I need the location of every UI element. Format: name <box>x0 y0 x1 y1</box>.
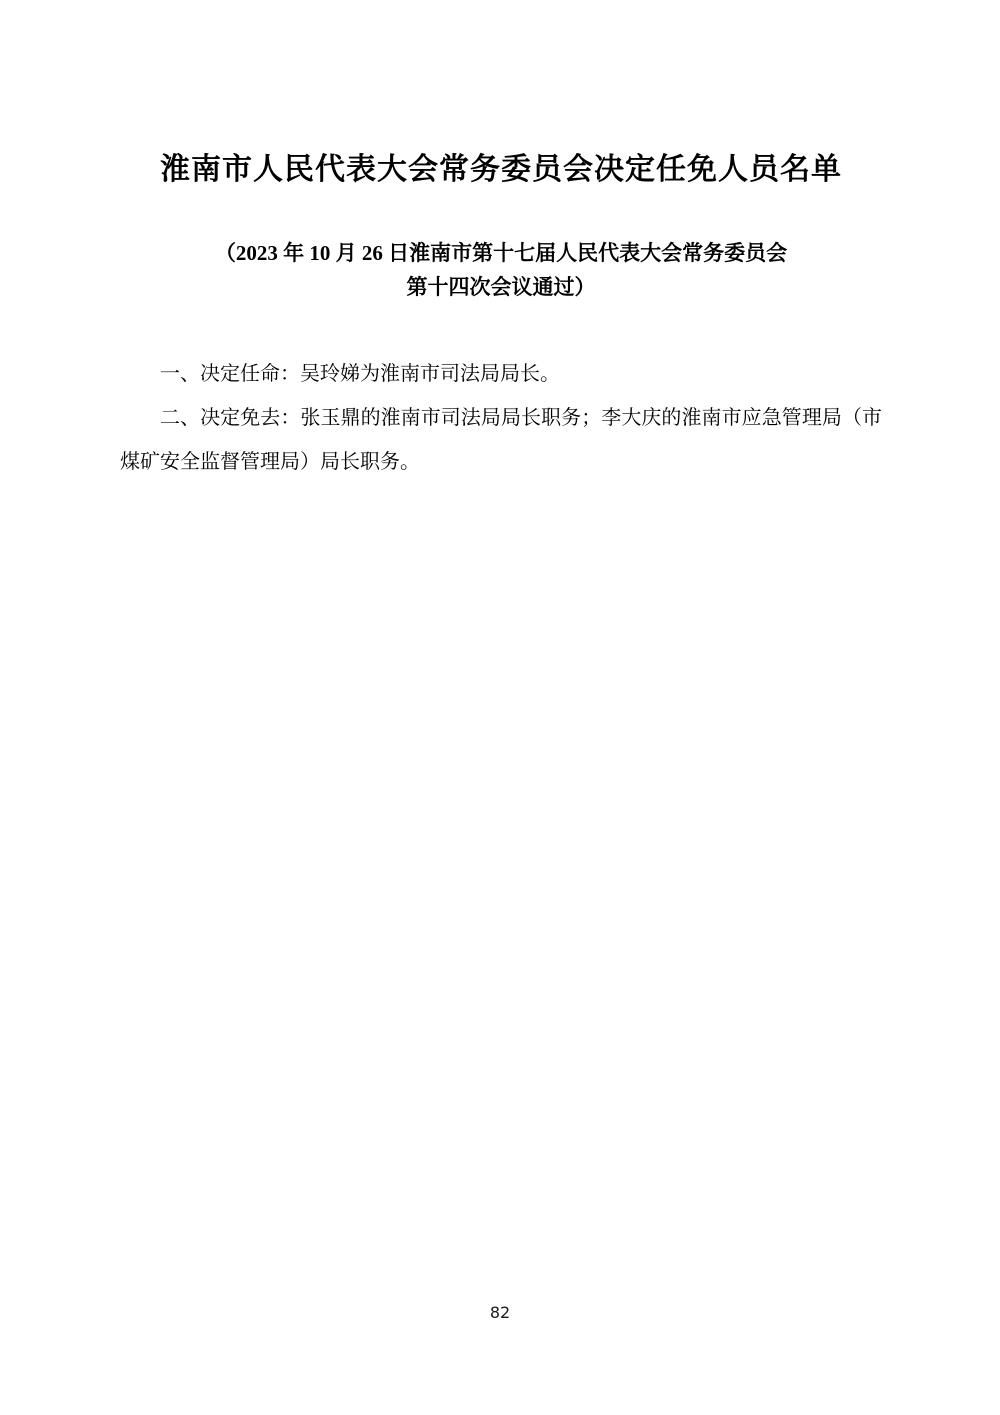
document-title: 淮南市人民代表大会常务委员会决定任免人员名单 <box>120 0 882 190</box>
document-body: 一、决定任命：吴玲娣为淮南市司法局局长。 二、决定免去：张玉鼎的淮南市司法局局长… <box>120 352 882 484</box>
document-page: 淮南市人民代表大会常务委员会决定任免人员名单 （2023 年 10 月 26 日… <box>0 0 1000 1415</box>
page-number: 82 <box>490 1303 510 1322</box>
document-content: 淮南市人民代表大会常务委员会决定任免人员名单 （2023 年 10 月 26 日… <box>120 0 882 484</box>
page-footer: 82 <box>0 1303 1000 1322</box>
paragraph-appointment: 一、决定任命：吴玲娣为淮南市司法局局长。 <box>120 352 882 396</box>
document-subtitle-line1: （2023 年 10 月 26 日淮南市第十七届人民代表大会常务委员会 <box>120 236 882 270</box>
document-subtitle-line2: 第十四次会议通过） <box>120 270 882 304</box>
paragraph-removal: 二、决定免去：张玉鼎的淮南市司法局局长职务；李大庆的淮南市应急管理局（市煤矿安全… <box>120 396 882 484</box>
document-subtitle: （2023 年 10 月 26 日淮南市第十七届人民代表大会常务委员会 第十四次… <box>120 236 882 304</box>
